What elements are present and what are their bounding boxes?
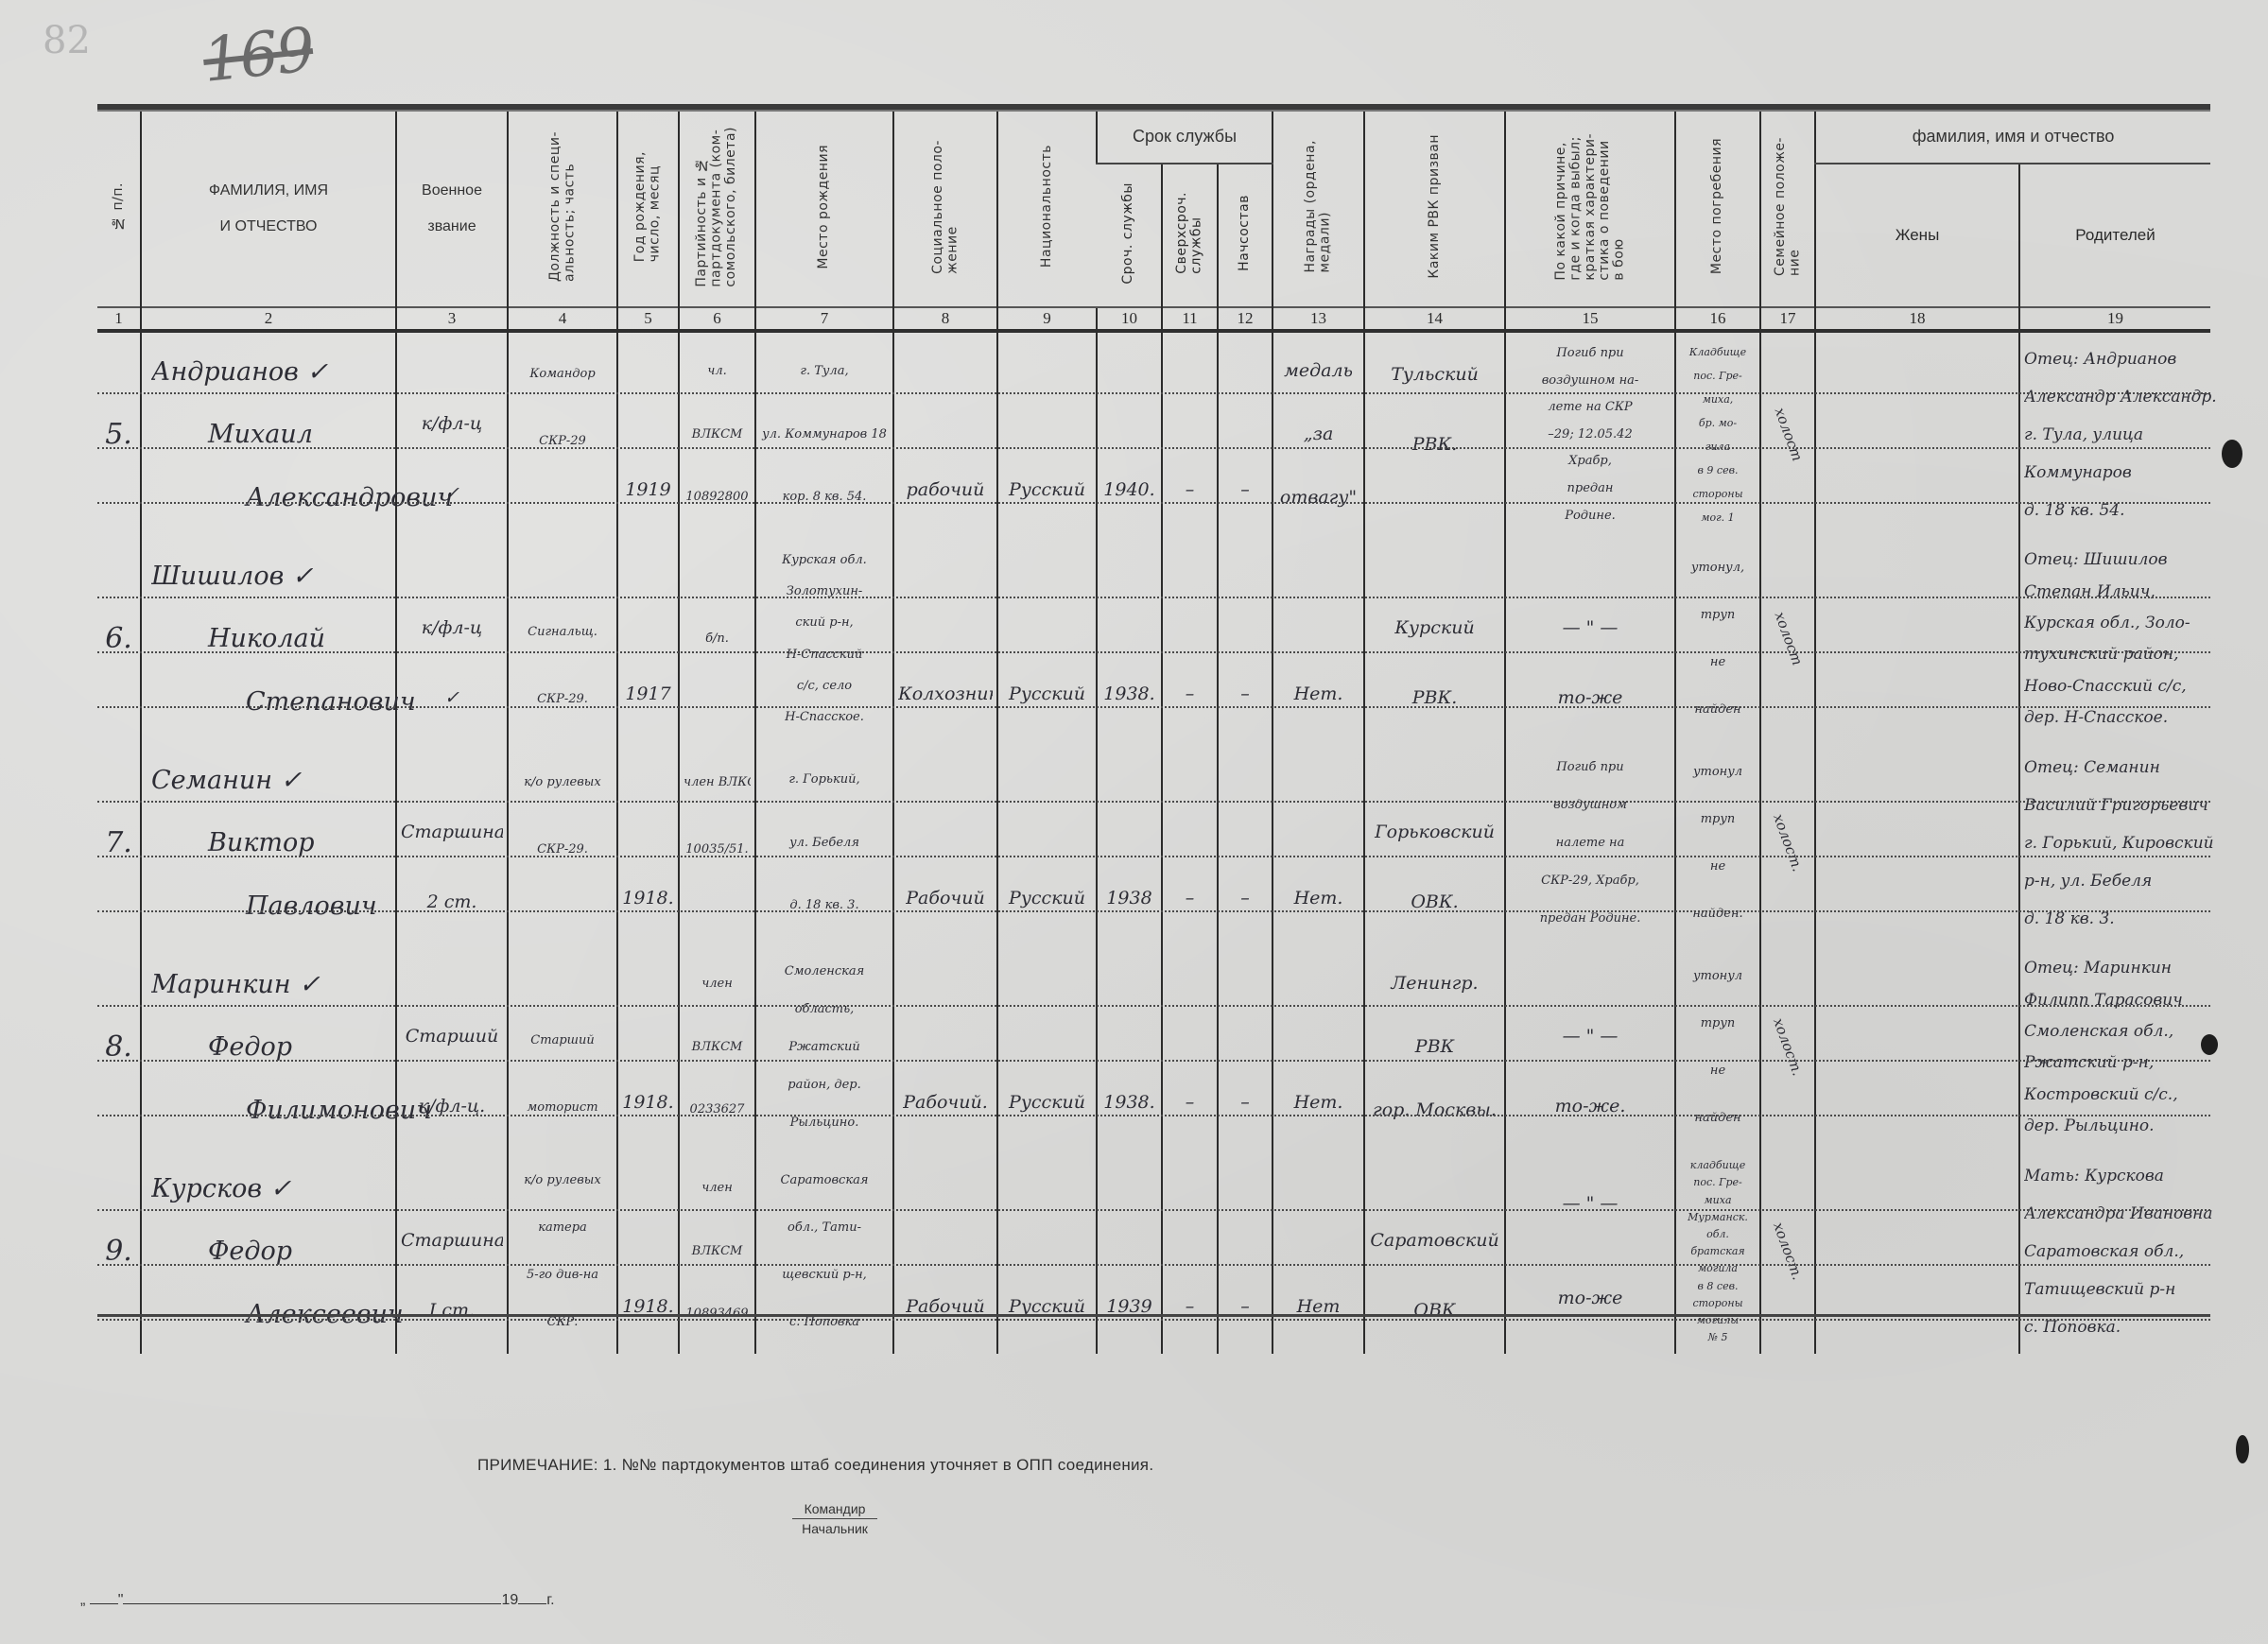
column-number-6: 6 xyxy=(679,307,755,331)
column-number-8: 8 xyxy=(893,307,997,331)
cell-position: Сигнальщ.СКР-29. xyxy=(508,537,617,741)
column-header-4: Должность и специ- альность; часть xyxy=(508,112,617,307)
cell-reason: — " —то-же xyxy=(1505,1150,1675,1354)
cell-reason: — " —то-же xyxy=(1505,537,1675,741)
cell-nationality: Русский xyxy=(997,945,1097,1150)
cell-term-regular: 1938. xyxy=(1097,945,1162,1150)
cell-command: – xyxy=(1218,537,1273,741)
cell-party: членВЛКСМ0233627 xyxy=(679,945,755,1150)
bottom-rule xyxy=(97,1314,2210,1317)
column-number-10: 10 xyxy=(1097,307,1162,331)
cell-birth-year: 1919 xyxy=(617,331,679,537)
column-header-10: Сроч. службы xyxy=(1097,164,1162,307)
column-header-2: ФАМИЛИЯ, ИМЯ И ОТЧЕСТВО xyxy=(141,112,396,307)
cell-awards: Нет. xyxy=(1273,741,1364,945)
column-number-4: 4 xyxy=(508,307,617,331)
cell-rank: Старшийк/фл-ц. xyxy=(396,945,508,1150)
cell-wife xyxy=(1815,945,2019,1150)
cell-reason: Погиб привоздушном на-лете на СКР–29; 12… xyxy=(1505,331,1675,537)
column-header-12: Начсостав xyxy=(1218,164,1273,307)
cell-party: б/п. xyxy=(679,537,755,741)
cell-position: КомандорСКР-29 xyxy=(508,331,617,537)
column-header-17: Семейное положе- ние xyxy=(1760,112,1815,307)
cell-position: к/о рулевыхСКР-29. xyxy=(508,741,617,945)
cell-nationality: Русский xyxy=(997,741,1097,945)
column-header-1: № п/п. xyxy=(97,112,141,307)
cell-party: членВЛКСМ10893469 xyxy=(679,1150,755,1354)
cell-nationality: Русский xyxy=(997,1150,1097,1354)
cell-birthplace: Смоленскаяобласть,Ржатскийрайон, дер.Рыл… xyxy=(755,945,893,1150)
column-number-13: 13 xyxy=(1273,307,1364,331)
cell-parents: Мать: КурсковаАлександра ИвановнаСаратов… xyxy=(2019,1150,2210,1354)
cell-command: – xyxy=(1218,945,1273,1150)
corner-mark: 82 xyxy=(43,19,91,62)
column-number-1: 1 xyxy=(97,307,141,331)
signature-commander: Командир xyxy=(792,1501,877,1516)
cell-social: Рабочий. xyxy=(893,945,997,1150)
top-rule xyxy=(97,104,2210,112)
column-header-19: Родителей xyxy=(2019,164,2210,307)
register-entry: 7.Семанин ✓ВикторПавловичСтаршина2 ст.к/… xyxy=(97,741,2210,945)
register-table: № п/п.ФАМИЛИЯ, ИМЯ И ОТЧЕСТВОВоенное зва… xyxy=(97,112,2210,1354)
cell-command: – xyxy=(1218,1150,1273,1354)
cell-family: холост. xyxy=(1760,741,1815,945)
ink-blot xyxy=(2201,1034,2218,1055)
cell-family: холост. xyxy=(1760,1150,1815,1354)
cell-wife xyxy=(1815,741,2019,945)
cell-wife xyxy=(1815,331,2019,537)
signature-divider xyxy=(792,1518,877,1519)
cell-wife xyxy=(1815,1150,2019,1354)
cell-no: 5. xyxy=(97,331,141,537)
cell-social: Рабочий xyxy=(893,741,997,945)
cell-birthplace: Саратовскаяобл., Тати-щевский р-н,с. Поп… xyxy=(755,1150,893,1354)
ink-blot xyxy=(2222,440,2242,468)
column-header-5: Год рождения, число, месяц xyxy=(617,112,679,307)
cell-term-extended: – xyxy=(1162,537,1218,741)
cell-social: рабочий xyxy=(893,331,997,537)
cell-term-extended: – xyxy=(1162,1150,1218,1354)
signature-chief: Начальник xyxy=(792,1521,877,1536)
cell-family: холост xyxy=(1760,331,1815,537)
cell-burial: утонул,трупненайден xyxy=(1675,537,1760,741)
column-number-2: 2 xyxy=(141,307,396,331)
cell-name: Курсков ✓ФедорАлексеевич xyxy=(141,1150,396,1354)
cell-rvk: Ленингр.РВКгор. Москвы. xyxy=(1364,945,1505,1150)
column-number-16: 16 xyxy=(1675,307,1760,331)
register-entry: 6.Шишилов ✓НиколайСтепановичк/фл-ц✓Сигна… xyxy=(97,537,2210,741)
column-header-13: Награды (ордена, медали) xyxy=(1273,112,1364,307)
ink-blot xyxy=(2236,1435,2249,1463)
cell-birth-year: 1918. xyxy=(617,741,679,945)
column-number-19: 19 xyxy=(2019,307,2210,331)
cell-command: – xyxy=(1218,741,1273,945)
column-number-3: 3 xyxy=(396,307,508,331)
column-number-5: 5 xyxy=(617,307,679,331)
column-number-12: 12 xyxy=(1218,307,1273,331)
column-header-9: Национальность xyxy=(997,112,1097,307)
cell-rank: к/фл-ц✓ xyxy=(396,537,508,741)
column-number-9: 9 xyxy=(997,307,1097,331)
cell-name: Шишилов ✓НиколайСтепанович xyxy=(141,537,396,741)
register-entry: 8.Маринкин ✓ФедорФилимоновичСтаршийк/фл-… xyxy=(97,945,2210,1150)
cell-parents: Отец: СеманинВасилий Григорьевичг. Горьк… xyxy=(2019,741,2210,945)
cell-term-extended: – xyxy=(1162,741,1218,945)
cell-nationality: Русский xyxy=(997,331,1097,537)
column-header-11: Сверхсроч. службы xyxy=(1162,164,1218,307)
cell-wife xyxy=(1815,537,2019,741)
cell-burial: утонултрупненайден xyxy=(1675,945,1760,1150)
cell-name: Маринкин ✓ФедорФилимонович xyxy=(141,945,396,1150)
cell-burial: утонултрупненайден. xyxy=(1675,741,1760,945)
column-number-14: 14 xyxy=(1364,307,1505,331)
cell-rank: СтаршинаI ст. xyxy=(396,1150,508,1354)
cell-position: Старшиймоторист xyxy=(508,945,617,1150)
cell-party: чл.ВЛКСМ10892800 xyxy=(679,331,755,537)
register-entry: 5.Андрианов ✓МихаилАлександровичк/фл-ц✓К… xyxy=(97,331,2210,537)
cell-term-regular: 1939 xyxy=(1097,1150,1162,1354)
cell-family: холост xyxy=(1760,537,1815,741)
column-header-18: Жены xyxy=(1815,164,2019,307)
cell-rvk: СаратовскийОВК xyxy=(1364,1150,1505,1354)
cell-birth-year: 1918. xyxy=(617,945,679,1150)
cell-birthplace: г. Горький,ул. Бебеляд. 18 кв. 3. xyxy=(755,741,893,945)
cell-parents: Отец: ШишиловСтепан Ильич,Курская обл., … xyxy=(2019,537,2210,741)
column-header-8: Социальное поло- жение xyxy=(893,112,997,307)
page-number: 169 xyxy=(199,15,316,96)
column-header-16: Место погребения xyxy=(1675,112,1760,307)
group-header-service-term: Срок службы xyxy=(1097,112,1273,164)
signature-block: Командир Начальник xyxy=(792,1501,877,1536)
cell-social: Рабочий xyxy=(893,1150,997,1354)
cell-rvk: КурскийРВК. xyxy=(1364,537,1505,741)
column-header-3: Военное звание xyxy=(396,112,508,307)
cell-awards: Нет. xyxy=(1273,945,1364,1150)
cell-burial: Кладбищепос. Гре-миха,бр. мо-гилав 9 сев… xyxy=(1675,331,1760,537)
column-number-7: 7 xyxy=(755,307,893,331)
cell-parents: Отец: АндриановАлександр Александр.г. Ту… xyxy=(2019,331,2210,537)
date-line: „ "19г. xyxy=(80,1592,555,1609)
cell-reason: Погиб привоздушномналете наСКР-29, Храбр… xyxy=(1505,741,1675,945)
cell-no: 7. xyxy=(97,741,141,945)
cell-reason: — " —то-же. xyxy=(1505,945,1675,1150)
column-header-7: Место рождения xyxy=(755,112,893,307)
cell-rvk: ТульскийРВК. xyxy=(1364,331,1505,537)
cell-no: 8. xyxy=(97,945,141,1150)
cell-term-extended: – xyxy=(1162,331,1218,537)
cell-rank: к/фл-ц✓ xyxy=(396,331,508,537)
cell-awards: медаль„заотвагу" xyxy=(1273,331,1364,537)
group-header-relatives: фамилия, имя и отчество xyxy=(1815,112,2210,164)
column-number-11: 11 xyxy=(1162,307,1218,331)
cell-position: к/о рулевыхкатера5-го див-наСКР. xyxy=(508,1150,617,1354)
date-blank xyxy=(123,1603,501,1604)
cell-awards: Нет. xyxy=(1273,537,1364,741)
cell-awards: Нет xyxy=(1273,1150,1364,1354)
cell-nationality: Русский xyxy=(997,537,1097,741)
column-number-18: 18 xyxy=(1815,307,2019,331)
cell-birth-year: 1917 xyxy=(617,537,679,741)
cell-parents: Отец: МаринкинФилипп ТарасовичСмоленская… xyxy=(2019,945,2210,1150)
cell-party: член ВЛКСМ10035/51. xyxy=(679,741,755,945)
column-header-6: Партийность и № партдокумента (ком- сомо… xyxy=(679,112,755,307)
column-header-14: Каким РВК призван xyxy=(1364,112,1505,307)
cell-birthplace: г. Тула,ул. Коммунаров 18кор. 8 кв. 54. xyxy=(755,331,893,537)
register-entry: 9.Курсков ✓ФедорАлексеевичСтаршинаI ст.к… xyxy=(97,1150,2210,1354)
cell-birth-year: 1918. xyxy=(617,1150,679,1354)
cell-term-regular: 1940. xyxy=(1097,331,1162,537)
cell-name: Семанин ✓ВикторПавлович xyxy=(141,741,396,945)
cell-term-regular: 1938 xyxy=(1097,741,1162,945)
cell-term-extended: – xyxy=(1162,945,1218,1150)
cell-no: 9. xyxy=(97,1150,141,1354)
cell-term-regular: 1938. xyxy=(1097,537,1162,741)
column-number-15: 15 xyxy=(1505,307,1675,331)
cell-birthplace: Курская обл.Золотухин-ский р-н,Н-Спасски… xyxy=(755,537,893,741)
cell-burial: кладбищепос. Гре-михаМурманск.обл.братск… xyxy=(1675,1150,1760,1354)
cell-rank: Старшина2 ст. xyxy=(396,741,508,945)
cell-name: Андрианов ✓МихаилАлександрович xyxy=(141,331,396,537)
cell-no: 6. xyxy=(97,537,141,741)
cell-family: холост. xyxy=(1760,945,1815,1150)
cell-social: Колхозник xyxy=(893,537,997,741)
column-number-17: 17 xyxy=(1760,307,1815,331)
footer-note: ПРИМЕЧАНИЕ: 1. №№ партдокументов штаб со… xyxy=(477,1456,1153,1475)
column-header-15: По какой причине, где и когда выбыл; кра… xyxy=(1505,112,1675,307)
cell-rvk: ГорьковскийОВК. xyxy=(1364,741,1505,945)
cell-command: – xyxy=(1218,331,1273,537)
